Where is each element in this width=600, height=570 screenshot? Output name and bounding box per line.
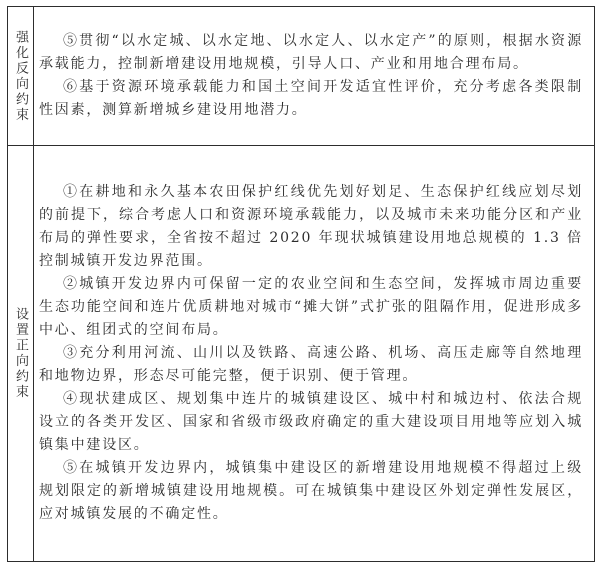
paragraph-item-2: ②城镇开发边界内可保留一定的农业空间和生态空间，发挥城市周边重要生态功能空间和连… [39, 273, 583, 342]
paragraph-item-4: ④现状建成区、规划集中连片的城镇建设区、城中村和城边村、依法合规设立的各类开发区… [39, 388, 583, 457]
table-row-strengthen-reverse-constraints: 强化反向约束 ⑤贯彻“以水定城、以水定地、以水定人、以水定产”的原则，根据水资源… [8, 7, 594, 146]
paragraph-item-1: ①在耕地和永久基本农田保护红线优先划好划足、生态保护红线应划尽划的前提下，综合考… [39, 181, 583, 273]
row-content-cell: ①在耕地和永久基本农田保护红线优先划好划足、生态保护红线应划尽划的前提下，综合考… [34, 146, 594, 561]
row-label-set-positive-constraints: 设置正向约束 [11, 307, 30, 400]
paragraph-item-5: ⑤贯彻“以水定城、以水定地、以水定人、以水定产”的原则，根据水资源承载能力，控制… [39, 30, 583, 76]
row-label-cell: 设置正向约束 [8, 146, 34, 561]
row-label-cell: 强化反向约束 [8, 7, 34, 145]
document-page: 强化反向约束 ⑤贯彻“以水定城、以水定地、以水定人、以水定产”的原则，根据水资源… [0, 0, 600, 570]
row-label-strengthen-reverse-constraints: 强化反向约束 [11, 30, 30, 123]
paragraph-item-6: ⑥基于资源环境承载能力和国土空间开发适宜性评价，充分考虑各类限制性因素，测算新增… [39, 76, 583, 122]
constraints-table: 强化反向约束 ⑤贯彻“以水定城、以水定地、以水定人、以水定产”的原则，根据水资源… [7, 6, 595, 562]
paragraph-item-5b: ⑤在城镇开发边界内，城镇集中建设区的新增建设用地规模不得超过上级规划限定的新增城… [39, 457, 583, 526]
paragraph-item-3: ③充分利用河流、山川以及铁路、高速公路、机场、高压走廊等自然地理和地物边界，形态… [39, 342, 583, 388]
table-row-set-positive-constraints: 设置正向约束 ①在耕地和永久基本农田保护红线优先划好划足、生态保护红线应划尽划的… [8, 146, 594, 561]
row-content-cell: ⑤贯彻“以水定城、以水定地、以水定人、以水定产”的原则，根据水资源承载能力，控制… [34, 7, 594, 145]
